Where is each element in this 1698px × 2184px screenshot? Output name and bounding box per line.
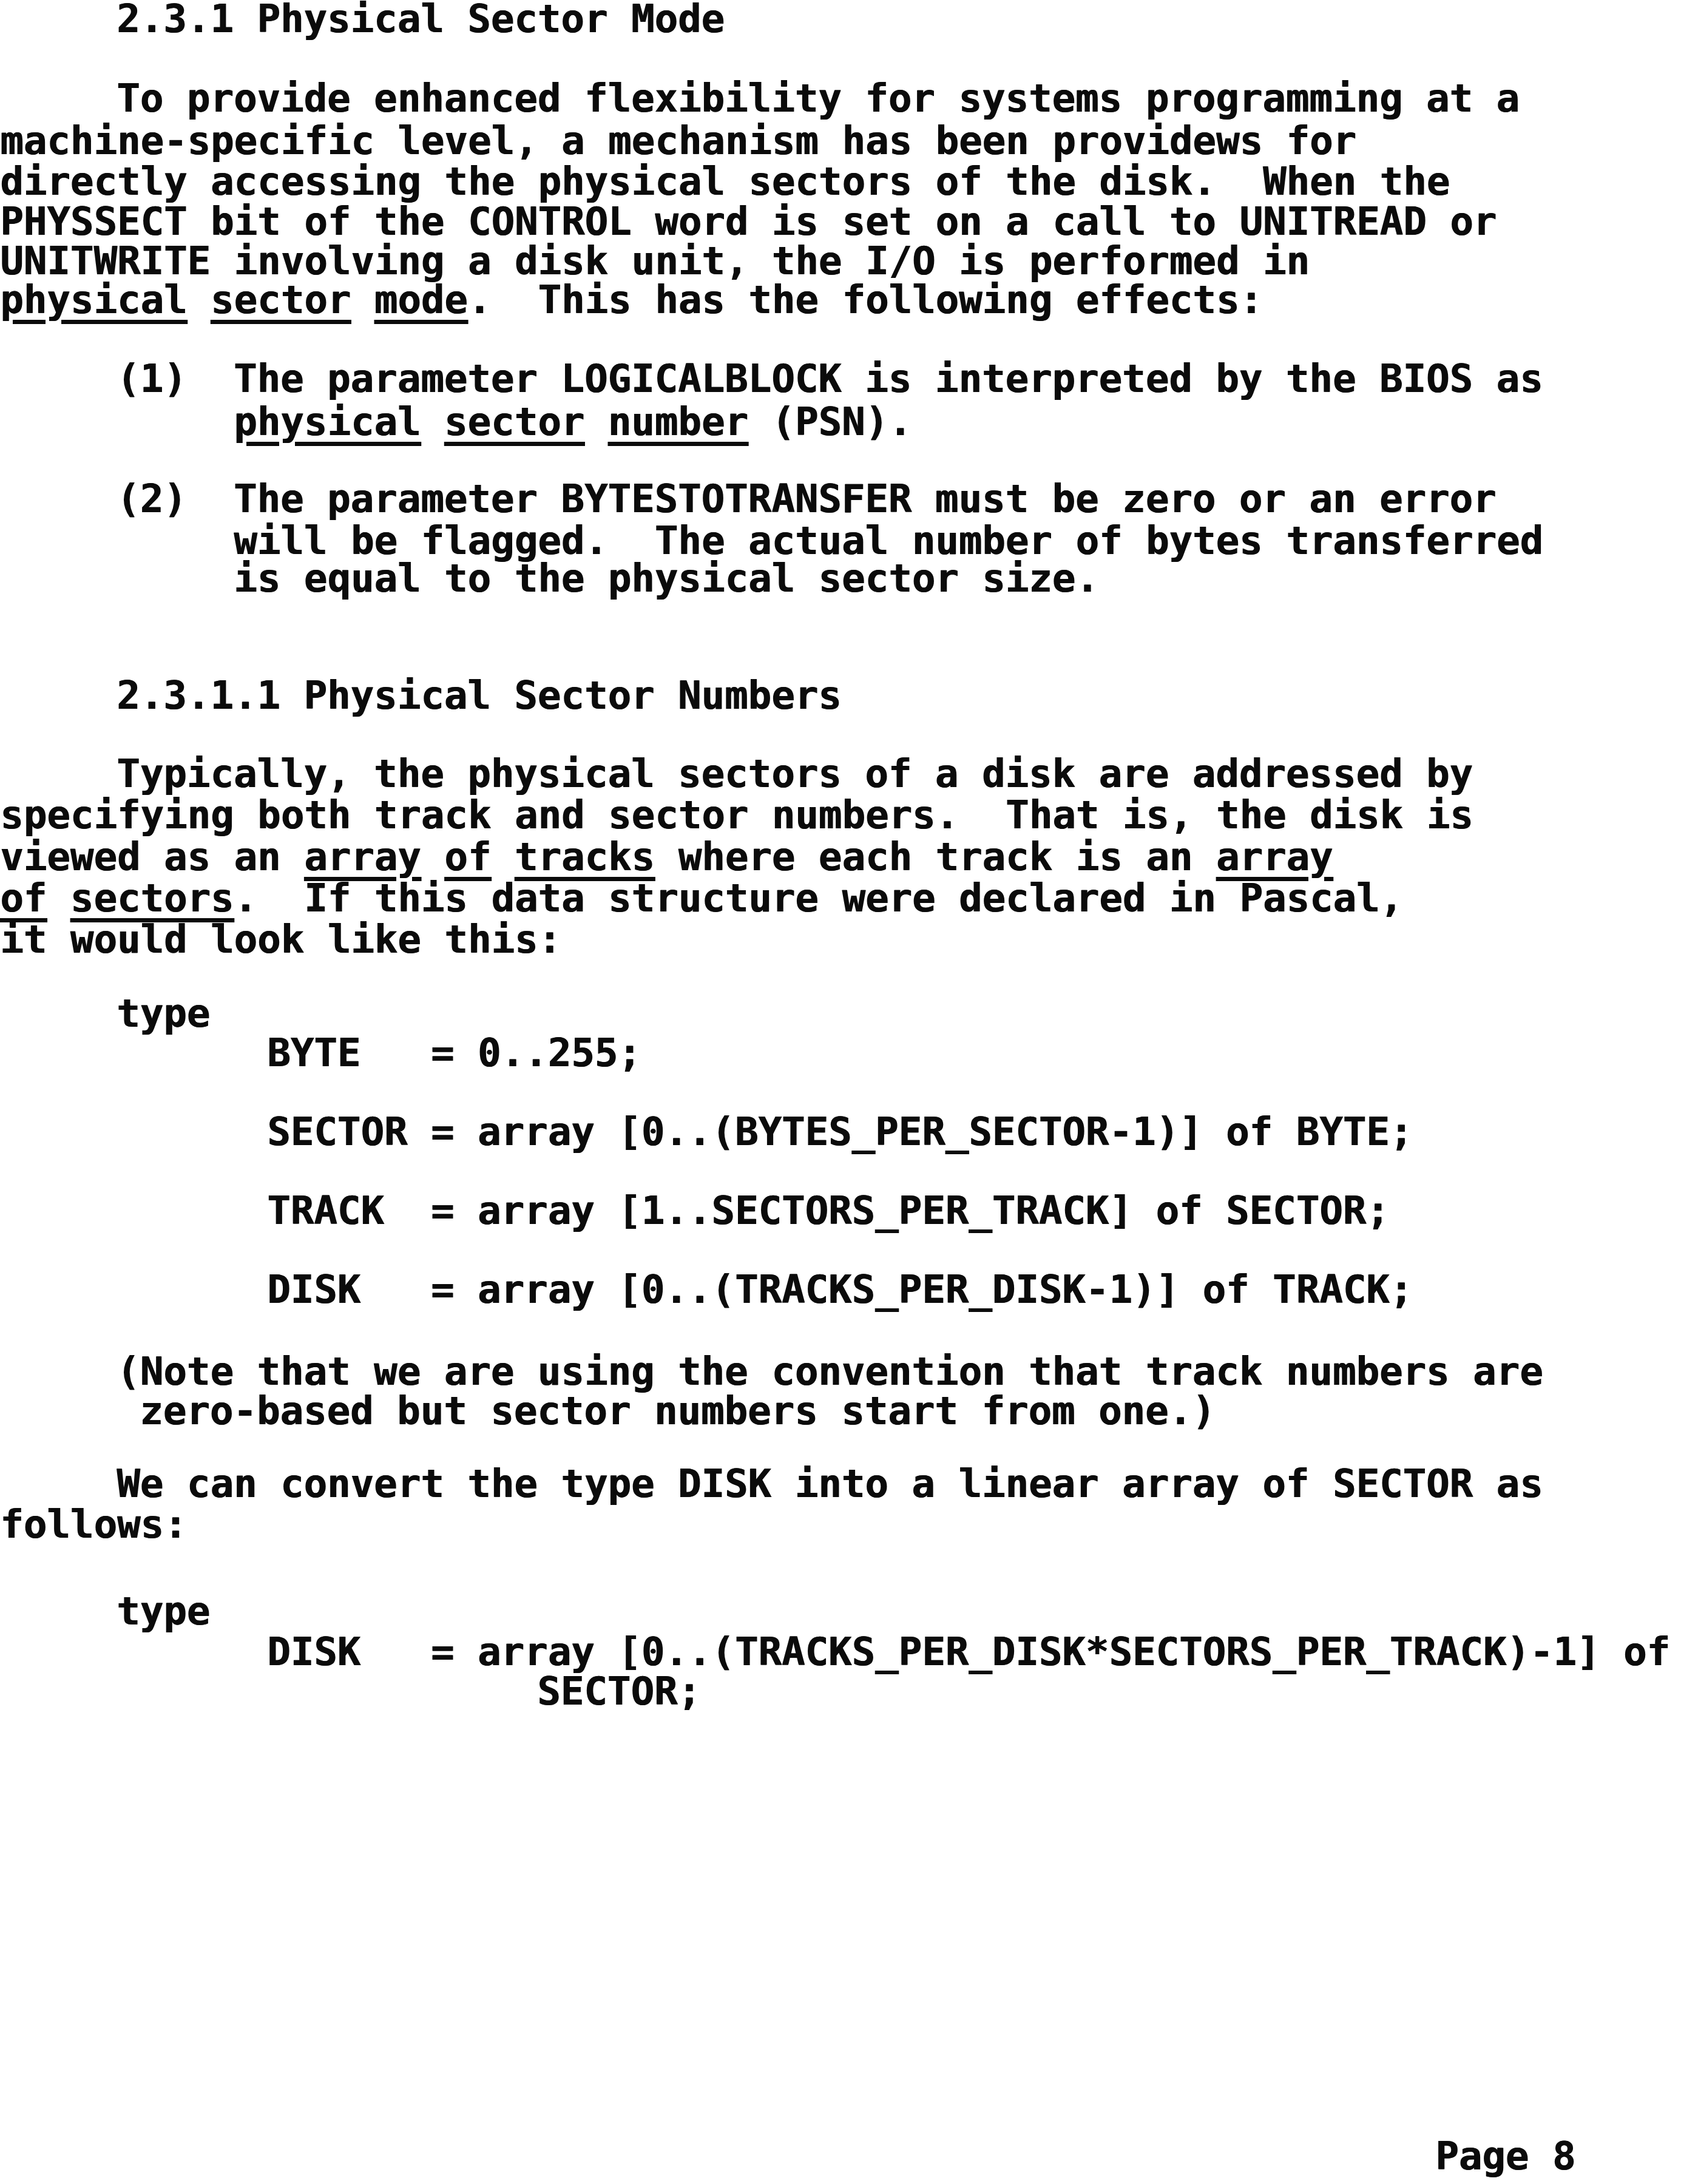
text-segment: (PSN). [748, 400, 912, 445]
code-2-disk-decl-continuation: SECTOR; [537, 1672, 701, 1711]
para-2-line-5: it would look like this: [0, 921, 561, 959]
text-segment: 2.3.1 Physical Sector Mode [117, 0, 725, 42]
text-segment: PHYSSECT bit of the CONTROL word is set … [0, 200, 1497, 245]
text-segment: is equal to the physical sector size. [234, 556, 1099, 601]
underlined-text-segment: array [1216, 835, 1333, 880]
text-segment: machine-specific level, a mechanism has … [0, 119, 1356, 164]
underlined-text-segment: mode [374, 278, 468, 323]
list-item-1-line-1: (1) The parameter LOGICALBLOCK is interp… [117, 360, 1543, 399]
text-segment: it would look like this: [0, 918, 561, 962]
code-1-disk-decl: DISK = array [0..(TRACKS_PER_DISK-1)] of… [267, 1271, 1413, 1310]
note-line-1: (Note that we are using the convention t… [117, 1353, 1543, 1391]
para-2-line-1: Typically, the physical sectors of a dis… [117, 755, 1473, 794]
text-segment: BYTE = 0..255; [267, 1031, 641, 1076]
para-2-line-4: of sectors. If this data structure were … [0, 879, 1403, 918]
text-segment: SECTOR; [537, 1669, 701, 1714]
underlined-text-segment: sector [211, 278, 351, 323]
text-segment: . If this data structure were declared i… [234, 876, 1403, 921]
text-segment: UNITWRITE involving a disk unit, the I/O… [0, 239, 1310, 284]
text-segment [491, 835, 515, 880]
section-heading-1: 2.3.1 Physical Sector Mode [117, 0, 725, 39]
text-segment: (2) The parameter BYTESTOTRANSFER must b… [117, 477, 1496, 522]
document-page: 2.3.1 Physical Sector ModeTo provide enh… [0, 0, 1698, 2184]
underlined-text-segment: sector [444, 400, 584, 445]
underlined-text-segment: physical [234, 400, 421, 445]
code-2-disk-decl: DISK = array [0..(TRACKS_PER_DISK*SECTOR… [267, 1633, 1670, 1672]
text-segment: We can convert the type DISK into a line… [117, 1462, 1543, 1507]
text-segment: viewed as an [0, 835, 304, 880]
text-segment: (1) The parameter LOGICALBLOCK is interp… [117, 357, 1543, 402]
text-segment [421, 400, 444, 445]
code-1-byte-decl: BYTE = 0..255; [267, 1034, 641, 1073]
para-1-line-1: To provide enhanced flexibility for syst… [117, 79, 1520, 118]
text-segment: follows: [0, 1503, 187, 1547]
text-segment: specifying both track and sector numbers… [0, 793, 1473, 838]
underlined-text-segment: tracks [515, 835, 655, 880]
underlined-text-segment: array [304, 835, 421, 880]
text-segment: DISK = array [0..(TRACKS_PER_DISK-1)] of… [267, 1268, 1413, 1313]
code-1-track-decl: TRACK = array [1..SECTORS_PER_TRACK] of … [267, 1192, 1390, 1231]
para-1-line-2: machine-specific level, a mechanism has … [0, 122, 1356, 161]
text-segment: type [117, 1589, 210, 1634]
text-segment: To provide enhanced flexibility for syst… [117, 76, 1520, 121]
para-2-line-2: specifying both track and sector numbers… [0, 796, 1473, 835]
text-segment: . This has the following effects: [468, 278, 1263, 323]
text-segment: where each track is an [655, 835, 1216, 880]
underlined-text-segment: physical [0, 278, 187, 323]
note-line-2: zero-based but sector numbers start from… [140, 1392, 1215, 1431]
para-1-line-3: directly accessing the physical sectors … [0, 163, 1450, 201]
list-item-2-line-3: is equal to the physical sector size. [234, 560, 1099, 598]
text-segment: Page 8 [1435, 2134, 1575, 2179]
text-segment: 2.3.1.1 Physical Sector Numbers [117, 674, 841, 718]
list-item-2-line-1: (2) The parameter BYTESTOTRANSFER must b… [117, 480, 1496, 519]
text-segment [421, 835, 445, 880]
code-2-type-keyword: type [117, 1592, 210, 1631]
para-1-line-6: physical sector mode. This has the follo… [0, 281, 1263, 320]
para-1-line-5: UNITWRITE involving a disk unit, the I/O… [0, 242, 1310, 281]
underlined-text-segment: of [0, 876, 47, 921]
page-number: Page 8 [1435, 2137, 1575, 2176]
text-segment: (Note that we are using the convention t… [117, 1350, 1543, 1395]
text-segment: zero-based but sector numbers start from… [140, 1389, 1215, 1434]
underlined-text-segment: number [608, 400, 748, 445]
text-segment: TRACK = array [1..SECTORS_PER_TRACK] of … [267, 1189, 1390, 1234]
section-heading-2: 2.3.1.1 Physical Sector Numbers [117, 677, 841, 715]
code-1-type-keyword: type [117, 995, 210, 1033]
text-segment [187, 278, 211, 323]
list-item-1-line-2: physical sector number (PSN). [234, 403, 912, 442]
para-1-line-4: PHYSSECT bit of the CONTROL word is set … [0, 203, 1497, 242]
underlined-text-segment: of [444, 835, 491, 880]
text-segment: directly accessing the physical sectors … [0, 160, 1450, 205]
text-segment [351, 278, 374, 323]
text-segment: DISK = array [0..(TRACKS_PER_DISK*SECTOR… [267, 1630, 1670, 1675]
list-item-2-line-2: will be flagged. The actual number of by… [234, 522, 1543, 561]
text-segment: type [117, 992, 210, 1036]
para-3-line-1: We can convert the type DISK into a line… [117, 1465, 1543, 1504]
code-1-sector-decl: SECTOR = array [0..(BYTES_PER_SECTOR-1)]… [267, 1113, 1413, 1152]
para-3-line-2: follows: [0, 1506, 187, 1544]
para-2-line-3: viewed as an array of tracks where each … [0, 838, 1333, 877]
text-segment [47, 876, 70, 921]
underlined-text-segment: sectors [70, 876, 234, 921]
text-segment: SECTOR = array [0..(BYTES_PER_SECTOR-1)]… [267, 1110, 1413, 1155]
text-segment [584, 400, 608, 445]
text-segment: Typically, the physical sectors of a dis… [117, 752, 1473, 797]
